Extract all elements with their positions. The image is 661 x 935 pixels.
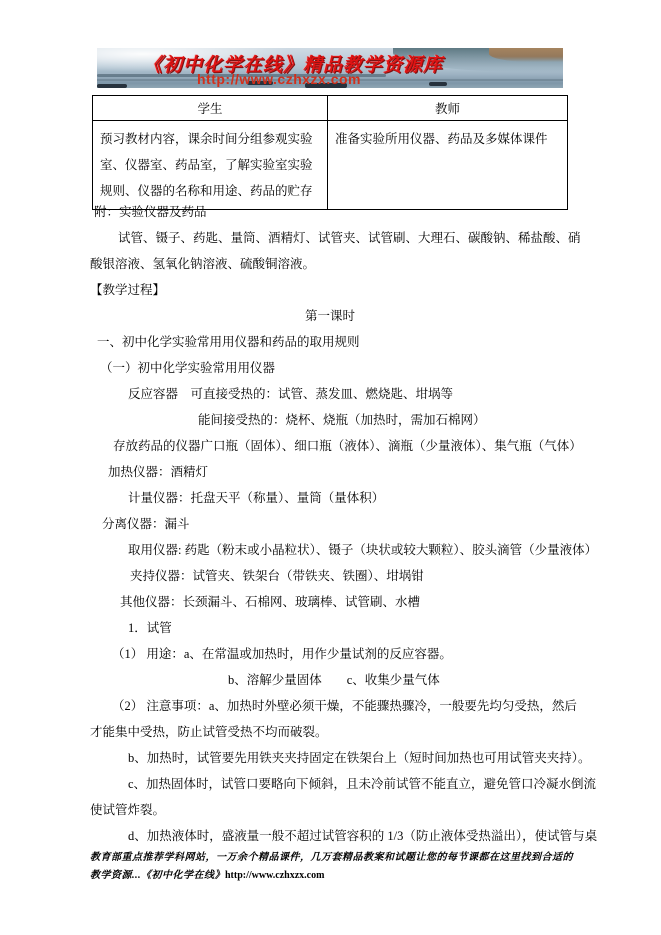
doc-line-taking-instruments: 取用仪器: 药匙（粉末或小晶粒状）、镊子（块状或较大颗粒）、胶头滴管（少量液体）: [90, 537, 570, 563]
doc-line-note-c2: 使试管炸裂。: [90, 797, 570, 823]
heading-rules: 一、初中化学实验常用用仪器和药品的取用规则: [90, 329, 570, 355]
doc-line-note-a1: （2） 注意事项：a、加热时外壁必须干燥，不能骤热骤冷，一般要先均匀受热，然后: [90, 693, 570, 719]
prep-table: 学生 教师 预习教材内容，课余时间分组参观实验室、仪器室、药品室，了解实验室实验…: [92, 95, 568, 210]
footer-promo-line2: 教学资源...《初中化学在线》http://www.czhxzx.com: [90, 867, 582, 885]
prep-table-header-row: 学生 教师: [93, 96, 568, 121]
doc-line-indirect-heat: 能间接受热的：烧杯、烧瓶（加热时，需加石棉网）: [90, 407, 570, 433]
footer-promo: 教育部重点推荐学科网站，一万余个精品课件，几万套精品教案和试题让您的每节课都在这…: [90, 849, 582, 885]
section-heading-teaching-process: 【教学过程】: [90, 277, 570, 303]
student-prep-cell: 预习教材内容，课余时间分组参观实验室、仪器室、药品室，了解实验室实验规则、仪器的…: [93, 121, 328, 210]
doc-line-note-b: b、加热时，试管要先用铁夹夹持固定在铁架台上（短时间加热也可用试管夹夹持）。: [90, 745, 570, 771]
banner-art-boat: [97, 84, 127, 88]
footer-url: http://www.czhxzx.com: [225, 870, 324, 881]
document-body: 附：实验仪器及药品 试管、镊子、药匙、量筒、酒精灯、试管夹、试管刷、大理石、碳酸…: [90, 199, 570, 849]
site-banner-image: 《初中化学在线》精品教学资源库 http://www.czhxzx.com: [97, 48, 563, 88]
doc-line-note-a2: 才能集中受热，防止试管受热不均而破裂。: [90, 719, 570, 745]
doc-line-instrument-list-2: 酸银溶液、氢氧化钠溶液、硫酸铜溶液。: [90, 251, 570, 277]
heading-test-tube: 1．试管: [90, 615, 570, 641]
banner-art-boat: [429, 82, 447, 86]
doc-line-note-c1: c、加热固体时，试管口要略向下倾斜，且未冷前试管不能直立，避免管口冷凝水倒流: [90, 771, 570, 797]
lesson-1-title: 第一课时: [90, 303, 570, 329]
doc-line-note-d: d、加热液体时，盛液量一般不超过试管容积的 1/3（防止液体受热溢出），使试管与…: [90, 823, 570, 849]
table-header-teacher: 教师: [328, 96, 568, 121]
doc-line-heating-instrument: 加热仪器：酒精灯: [90, 459, 570, 485]
doc-line-instrument-list-1: 试管、镊子、药匙、量筒、酒精灯、试管夹、试管刷、大理石、碳酸钠、稀盐酸、硝: [90, 225, 570, 251]
doc-line-usage-a: （1） 用途：a、在常温或加热时，用作少量试剂的反应容器。: [90, 641, 570, 667]
table-header-student: 学生: [93, 96, 328, 121]
doc-line-reaction-vessels: 反应容器 可直接受热的：试管、蒸发皿、燃烧匙、坩埚等: [90, 381, 570, 407]
heading-common-instruments: （一）初中化学实验常用用仪器: [90, 355, 570, 381]
document-page: { "banner": { "title": "《初中化学在线》精品教学资源库"…: [0, 0, 661, 935]
site-banner-url: http://www.czhxzx.com: [197, 71, 361, 87]
doc-line-storage-vessels: 存放药品的仪器广口瓶（固体）、细口瓶（液体）、滴瓶（少量液体）、集气瓶（气体）: [90, 433, 570, 459]
doc-line-measuring-instruments: 计量仪器：托盘天平（称量）、量筒（量体积）: [90, 485, 570, 511]
teacher-prep-cell: 准备实验所用仪器、药品及多媒体课件: [328, 121, 568, 210]
footer-promo-line2-text: 教学资源...《初中化学在线》: [90, 870, 225, 881]
doc-line-separation-instrument: 分离仪器：漏斗: [90, 511, 570, 537]
doc-line-usage-bc: b、溶解少量固体 c、收集少量气体: [90, 667, 570, 693]
footer-promo-line1: 教育部重点推荐学科网站，一万余个精品课件，几万套精品教案和试题让您的每节课都在这…: [90, 849, 582, 867]
prep-table-body-row: 预习教材内容，课余时间分组参观实验室、仪器室、药品室，了解实验室实验规则、仪器的…: [93, 121, 568, 210]
attachment-heading: 附：实验仪器及药品: [90, 199, 570, 225]
doc-line-clamping-instruments: 夹持仪器：试管夹、铁架台（带铁夹、铁圈）、坩埚钳: [90, 563, 570, 589]
doc-line-other-instruments: 其他仪器：长颈漏斗、石棉网、玻璃棒、试管刷、水槽: [90, 589, 570, 615]
